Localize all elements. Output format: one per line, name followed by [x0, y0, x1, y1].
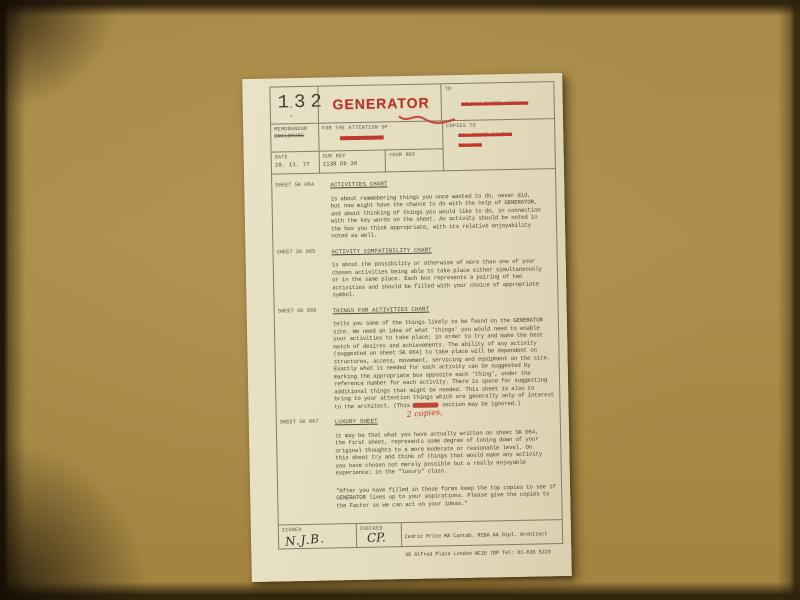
your-ref-cell: YOUR REF	[386, 149, 443, 171]
section-paragraph: it may be that what you have actually wr…	[335, 428, 557, 477]
section-paragraph: is about remembering things you once wan…	[330, 191, 552, 240]
architect-address: Cedric Price MA Cantab. RIBA AA Dipl. Ar…	[405, 531, 551, 558]
to-value-struck: GILMAN PAPER COMPANY	[461, 99, 551, 109]
signed-signature: N.J.B.	[285, 531, 326, 548]
section-luxury-sheet: SHEET SK 067 LUXURY SHEET it may be that…	[277, 414, 561, 478]
section-paragraph: is about the possibility or otherwise of…	[332, 257, 554, 299]
section-paragraph: tells you some of the things likely to b…	[333, 316, 556, 403]
memorandum-cell: MEMORANDUM ENCLOSURE	[271, 124, 319, 152]
checked-signature: CP.	[366, 530, 385, 545]
section-activities-chart: SHEET SK 064 ACTIVITIES CHART is about r…	[272, 177, 556, 241]
photo-edge-shadow-bottom	[0, 582, 800, 600]
sheet-label: SHEET SK 066	[275, 307, 335, 412]
copies-value-1-struck: POLARISER FACTOR	[458, 130, 551, 140]
date-value: 28. 11. 77	[275, 161, 316, 170]
closing-paragraph: "After you have filled in these forms ke…	[336, 483, 561, 510]
our-ref-value: 1138 Ob 30	[323, 159, 383, 168]
section-heading: THINGS FOR ACTIVITIES CHART	[333, 303, 554, 315]
attention-label: FOR THE ATTENTION OF	[322, 123, 439, 132]
section-heading: ACTIVITIES CHART	[330, 177, 551, 189]
to-cell: TO GILMAN PAPER COMPANY	[442, 82, 554, 120]
your-ref-label: YOUR REF	[389, 151, 440, 159]
photo-edge-shadow-left	[0, 0, 26, 600]
tail-text-post: section may be ignored.)	[442, 399, 521, 408]
red-scribble-over-word	[413, 402, 439, 407]
section-activity-compatibility-chart: SHEET SK 065 ACTIVITY COMPATIBILITY CHAR…	[273, 244, 557, 300]
sheet-label: SHEET SK 065	[273, 248, 332, 300]
header-row: 132 - - GENERATOR TO GILMAN PAPER COMPAN…	[270, 82, 554, 124]
photo-edge-shadow-right	[778, 0, 800, 600]
attention-value-struck: HOWARD GILMAN	[340, 133, 439, 143]
memo-form: 132 - - GENERATOR TO GILMAN PAPER COMPAN…	[269, 81, 563, 549]
generator-stamp-cell: GENERATOR	[318, 84, 442, 122]
enclosure-label-struck: ENCLOSURE	[274, 133, 315, 141]
header-row-2-3: MEMORANDUM ENCLOSURE FOR THE ATTENTION O…	[271, 119, 555, 174]
checked-cell: CHECKED CP.	[356, 523, 401, 548]
architect-address-cell: Cedric Price MA Cantab. RIBA AA Dipl. Ar…	[401, 520, 562, 547]
section-heading: LUXURY SHEET	[335, 414, 556, 426]
signed-cell: SIGNED N.J.B.	[279, 524, 357, 549]
copies-value-2-struck: DEESIDE	[458, 140, 551, 150]
photo-corner-shadow	[0, 440, 150, 600]
footer-row: SIGNED N.J.B. CHECKED CP. Cedric Price M…	[279, 520, 562, 549]
memo-number-dashes: - -	[289, 103, 318, 122]
attention-cell: FOR THE ATTENTION OF HOWARD GILMAN	[319, 121, 443, 150]
memo-number-cell: 132 - -	[270, 87, 319, 124]
tail-text-pre: to the architect. (This	[334, 401, 410, 410]
to-label: TO	[445, 84, 551, 93]
memo-paper: 132 - - GENERATOR TO GILMAN PAPER COMPAN…	[242, 73, 572, 582]
photo-background: 132 - - GENERATOR TO GILMAN PAPER COMPAN…	[0, 0, 800, 600]
sheet-label: SHEET SK 064	[272, 181, 331, 241]
photo-corner-shadow-top	[0, 0, 120, 110]
copies-label: COPIES TO	[446, 121, 551, 130]
generator-stamp: GENERATOR	[332, 95, 429, 113]
section-things-for-activities-chart: SHEET SK 066 THINGS FOR ACTIVITIES CHART…	[275, 303, 560, 412]
section-heading: ACTIVITY COMPATIBILITY CHART	[331, 244, 552, 256]
our-ref-cell: OUR REF 1138 Ob 30	[319, 150, 386, 172]
date-cell: DATE 28. 11. 77	[272, 152, 320, 174]
copies-cell: COPIES TO POLARISER FACTOR DEESIDE	[443, 119, 555, 170]
photo-edge-shadow-top	[0, 0, 800, 16]
memo-body: SHEET SK 064 ACTIVITIES CHART is about r…	[272, 169, 562, 525]
sheet-label: SHEET SK 067	[277, 418, 336, 478]
